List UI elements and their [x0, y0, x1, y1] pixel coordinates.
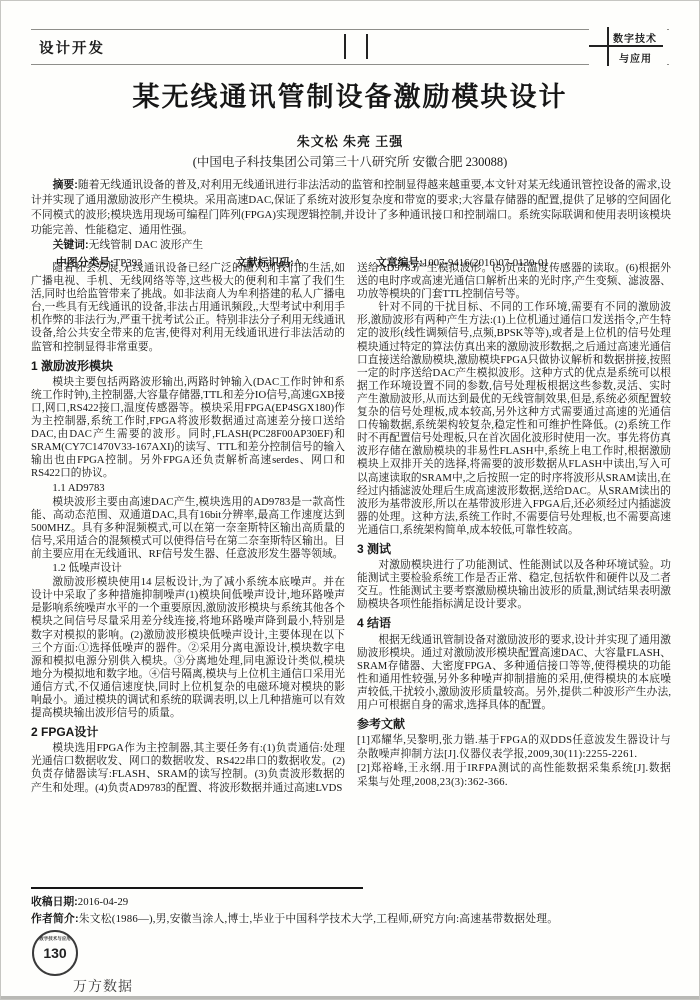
journal-name-line2: 与应用: [619, 50, 652, 65]
registration-mark: [344, 34, 346, 59]
section-heading-1: 1 激励波形模块: [31, 360, 345, 373]
keywords-label: 关键词:: [53, 239, 89, 251]
author-affiliation: (中国电子科技集团公司第三十八研究所 安徽合肥 230088): [1, 152, 699, 170]
keywords-line: 关键词:无线管制 DAC 波形产生: [31, 238, 671, 253]
keywords-text: 无线管制 DAC 波形产生: [89, 239, 204, 251]
registration-mark: [366, 34, 368, 59]
section-heading-4: 4 结语: [357, 617, 671, 630]
journal-name-badge: 数字技术 与应用: [589, 26, 667, 67]
body-paragraph: 模块波形主要由高速DAC产生,模块选用的AD9783是一款高性能、高动态范围、双…: [31, 496, 345, 561]
abstract-text: 随着无线通讯设备的普及,对利用无线通讯进行非法活动的监管和控制显得越来越重要,本…: [31, 179, 671, 236]
body-paragraph: 送给AD9783产生模拟波形。(5)负责温度传感器的读取。(6)根据外送的电时序…: [357, 262, 671, 301]
page-bottom-edge: [1, 996, 699, 999]
subsection-heading-1-1: 1.1 AD9783: [31, 482, 345, 495]
journal-page: 设计开发 数字技术 与应用 某无线通讯管制设备激励模块设计 朱文松 朱亮 王强 …: [0, 0, 700, 1000]
section-heading-3: 3 测试: [357, 543, 671, 556]
reference-item: [2]郑裕峰,王永纲.用于IRFPA测试的高性能数据采集系统[J].数据采集与处…: [357, 762, 671, 790]
abstract-block: 摘要:随着无线通讯设备的普及,对利用无线通讯进行非法活动的监管和控制显得越来越重…: [31, 178, 671, 272]
column-section-label: 设计开发: [39, 37, 105, 58]
reference-item: [1]邓耀华,吴黎明,张力锴.基于FPGA的双DDS任意波发生器设计与杂散噪声抑…: [357, 734, 671, 762]
left-column: 随着社会发展,无线通讯设备已经广泛的融入到我们的生活,如广播电视、手机、无线网络…: [31, 262, 345, 886]
body-paragraph: 随着社会发展,无线通讯设备已经广泛的融入到我们的生活,如广播电视、手机、无线网络…: [31, 262, 345, 354]
author-bio-line: 作者简介:朱文松(1986—),男,安徽当涂人,博士,毕业于中国科学技术大学,工…: [31, 911, 671, 926]
page-number-stamp: 数字技术与应用 130: [32, 930, 78, 976]
body-paragraph: 激励波形模块使用14 层板设计,为了减小系统本底噪声。并在设计中采取了多种措施抑…: [31, 576, 345, 720]
abstract-paragraph: 摘要:随着无线通讯设备的普及,对利用无线通讯进行非法活动的监管和控制显得越来越重…: [31, 178, 671, 238]
author-names: 朱文松 朱亮 王强: [1, 131, 699, 150]
body-paragraph: 针对不同的干扰目标、不同的工作环境,需要有不同的激励波形,激励波形有两种产生方法…: [357, 301, 671, 537]
page-number: 130: [34, 945, 76, 961]
stamp-arc-text: 数字技术与应用: [36, 935, 74, 941]
page-header: 设计开发 数字技术 与应用: [31, 29, 669, 65]
body-paragraph: 对激励模块进行了功能测试、性能测试以及各种环境试验。功能测试主要检验系统工作是否…: [357, 559, 671, 611]
article-body: 随着社会发展,无线通讯设备已经广泛的融入到我们的生活,如广播电视、手机、无线网络…: [31, 262, 671, 886]
body-paragraph: 模块选用FPGA作为主控制器,其主要任务有:(1)负责通信:处理光通信口数据收发…: [31, 742, 345, 794]
badge-horizontal-rule: [589, 45, 663, 47]
article-title: 某无线通讯管制设备激励模块设计: [1, 75, 699, 114]
subsection-heading-1-2: 1.2 低噪声设计: [31, 562, 345, 575]
section-heading-2: 2 FPGA设计: [31, 726, 345, 739]
references-heading: 参考文献: [357, 718, 671, 731]
received-date-line: 收稿日期:2016-04-29: [31, 894, 671, 909]
abstract-label: 摘要:: [53, 179, 78, 191]
right-column: 送给AD9783产生模拟波形。(5)负责温度传感器的读取。(6)根据外送的电时序…: [357, 262, 671, 886]
footnote-separator: [31, 887, 363, 889]
wanfang-watermark: 万方数据: [73, 976, 133, 996]
body-paragraph: 模块主要包括两路波形输出,两路时钟输入(DAC工作时钟和系统工作时钟),主控制器…: [31, 376, 345, 481]
body-paragraph: 根据无线通讯管制设备对激励波形的要求,设计并实现了通用激励波形模块。通过对激励波…: [357, 634, 671, 713]
journal-name-line1: 数字技术: [613, 30, 657, 45]
